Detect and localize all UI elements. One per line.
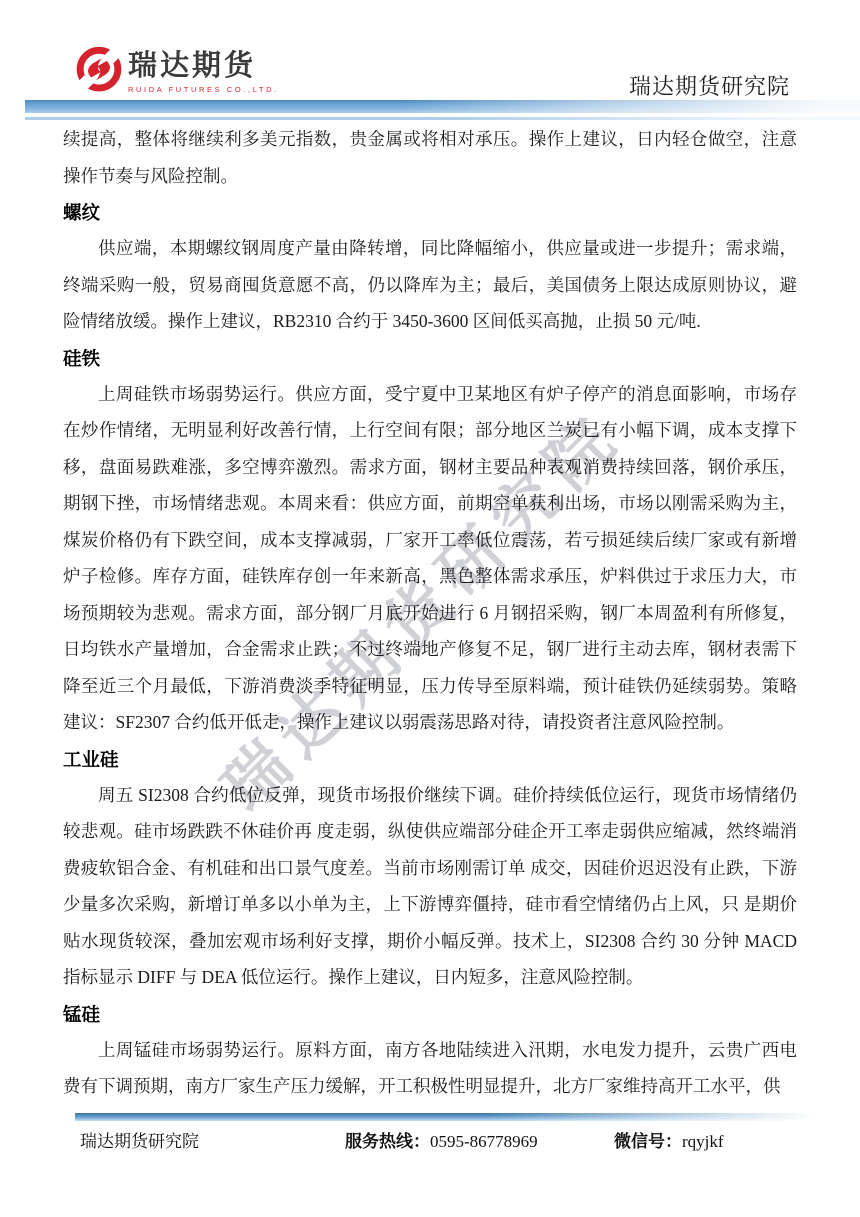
brand-text: 瑞达期货 RUIDA FUTURES CO.,LTD. [128,46,279,94]
report-body: 续提高，整体将继续利多美元指数，贵金属或将相对承压。操作上建议，日内轻仓做空，注… [63,121,797,1105]
institute-title: 瑞达期货研究院 [629,70,790,101]
header-divider-bar [25,100,860,113]
section-paragraph-industrial-silicon: 周五 SI2308 合约低位反弹，现货市场报价继续下调。硅价持续低位运行，现货市… [63,777,797,996]
footer-wechat: 微信号：rqyjkf [614,1127,724,1152]
section-heading-industrial-silicon: 工业硅 [63,750,797,770]
section-paragraph-silicomanganese: 上周锰硅市场弱势运行。原料方面，南方各地陆续进入汛期，水电发力提升，云贵广西电费… [63,1032,797,1105]
ruida-logo-icon [76,46,122,96]
footer-institute: 瑞达期货研究院 [80,1127,199,1152]
footer-divider-bar [75,1113,823,1121]
footer-wechat-label: 微信号： [614,1132,682,1151]
footer-hotline: 服务热线：0595-86778969 [345,1127,538,1152]
brand-logo: 瑞达期货 RUIDA FUTURES CO.,LTD. [76,46,279,96]
section-heading-ferrosilicon: 硅铁 [63,349,797,369]
brand-name: 瑞达期货 [128,52,279,81]
section-heading-rebar: 螺纹 [63,203,797,223]
footer-hotline-number: 0595-86778969 [430,1132,538,1151]
footer: 瑞达期货研究院 服务热线：0595-86778969 微信号：rqyjkf [0,1127,860,1153]
brand-subtitle: RUIDA FUTURES CO.,LTD. [128,86,279,94]
section-paragraph-rebar: 供应端，本期螺纹钢周度产量由降转增，同比降幅缩小，供应量或进一步提升；需求端，终… [63,230,797,340]
section-paragraph-ferrosilicon: 上周硅铁市场弱势运行。供应方面，受宁夏中卫某地区有炉子停产的消息面影响，市场存在… [63,376,797,741]
footer-hotline-label: 服务热线： [345,1132,430,1151]
intro-paragraph: 续提高，整体将继续利多美元指数，贵金属或将相对承压。操作上建议，日内轻仓做空，注… [63,121,797,194]
section-heading-silicomanganese: 锰硅 [63,1005,797,1025]
header-divider-line [25,117,860,120]
report-page: 瑞达期货 RUIDA FUTURES CO.,LTD. 瑞达期货研究院 瑞达期货… [0,0,860,1217]
footer-wechat-id: rqyjkf [682,1132,724,1151]
